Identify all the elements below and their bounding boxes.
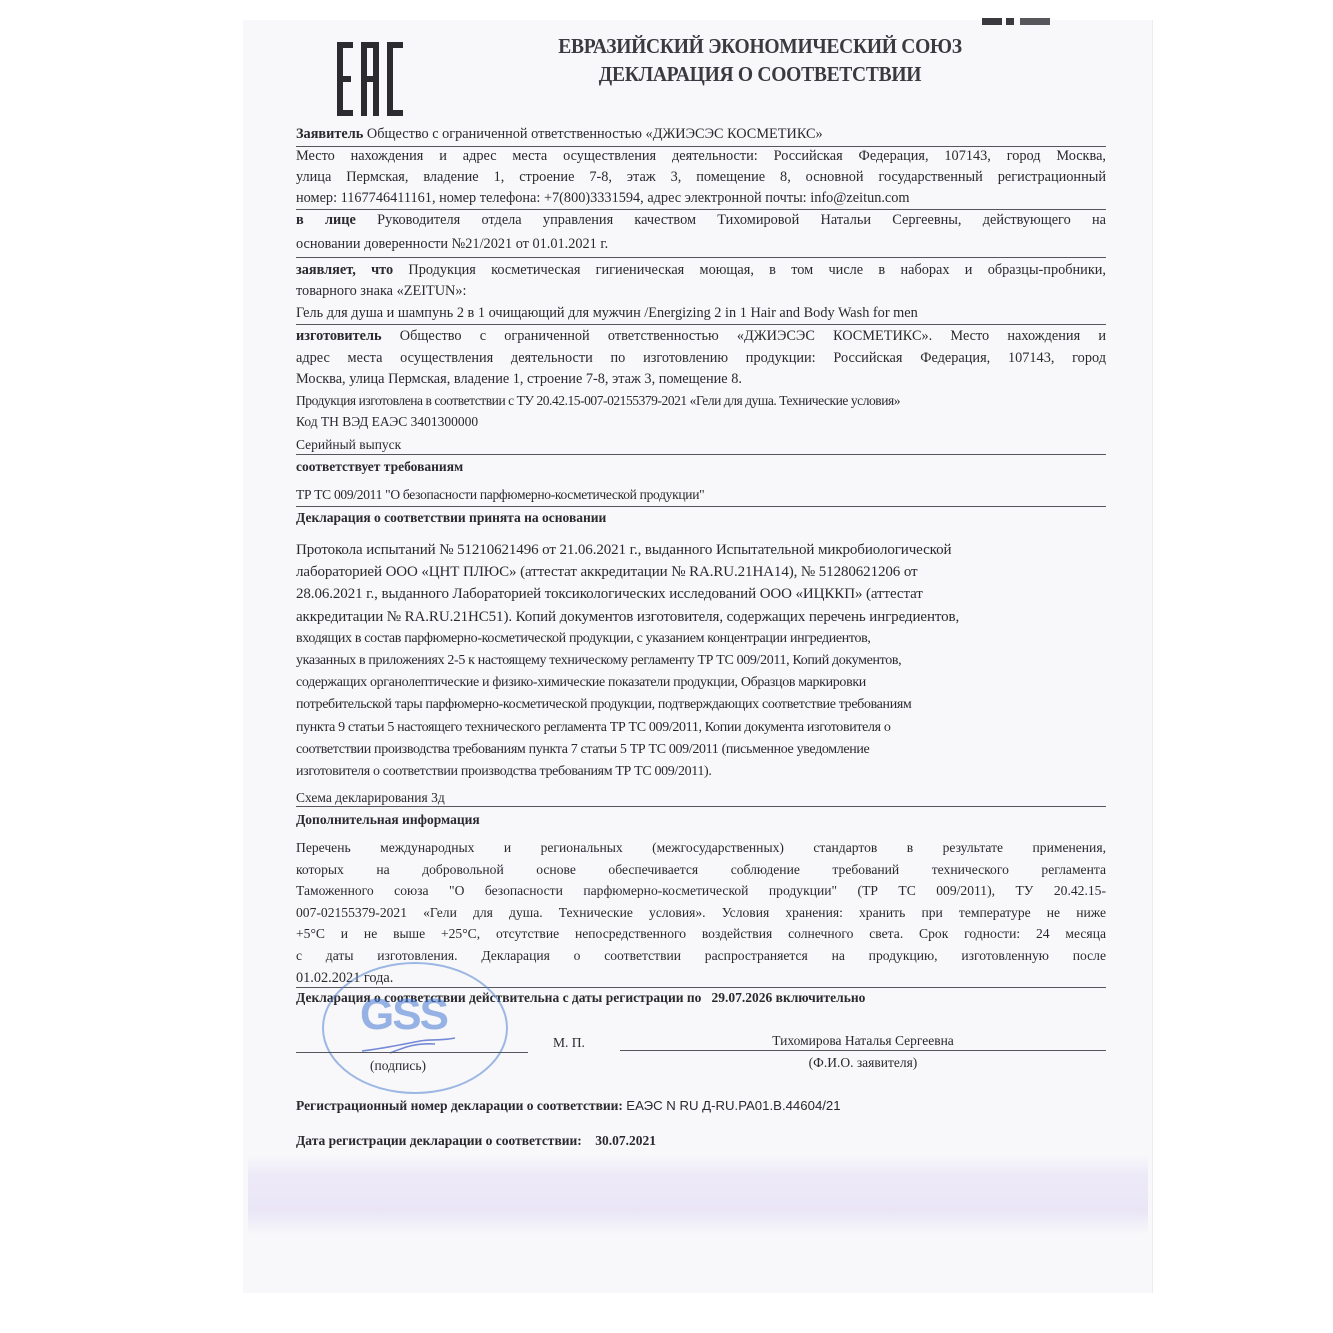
person-line-1: в лице Руководителя отдела управления ка…	[296, 212, 1106, 229]
faded-bleed-through	[248, 1155, 1148, 1235]
basis-line: лабораторией ООО «ЦНТ ПЛЮС» (аттестат ак…	[296, 564, 1106, 581]
person-text: Руководителя отдела управления качеством…	[356, 212, 1106, 228]
basis-line: Протокола испытаний № 51210621496 от 21.…	[296, 542, 1106, 559]
registration-number-line: Регистрационный номер декларации о соотв…	[296, 1098, 1106, 1114]
manufacturer-label: изготовитель	[296, 328, 382, 344]
applicant-label: Заявитель	[296, 126, 363, 142]
registration-number-label: Регистрационный номер декларации о соотв…	[296, 1098, 623, 1113]
basis-line: потребительской тары парфюмерно-косметич…	[296, 697, 1106, 713]
declares-text: Продукция косметическая гигиеническая мо…	[393, 262, 1106, 278]
basis-line: соответствии производства требованиям пу…	[296, 742, 1106, 758]
validity-suffix: включительно	[776, 990, 866, 1005]
divider	[296, 454, 1106, 455]
basis-line: содержащих органолептические и физико-хи…	[296, 675, 1106, 691]
hs-code: Код ТН ВЭД ЕАЭС 3401300000	[296, 414, 1106, 430]
basis-line: входящих в состав парфюмерно-косметическ…	[296, 631, 1106, 647]
applicant-name: Общество с ограниченной ответственностью…	[363, 126, 822, 142]
release-type: Серийный выпуск	[296, 437, 1106, 453]
applicant-address-1: Место нахождения и адрес места осуществл…	[296, 148, 1106, 165]
divider	[296, 209, 1106, 210]
basis-line: указанных в приложениях 2-5 к настоящему…	[296, 653, 1106, 669]
signature-line	[296, 1052, 528, 1053]
person-label: в лице	[296, 212, 356, 228]
divider	[296, 324, 1106, 325]
registration-number: ЕАЭС N RU Д-RU.PA01.B.44604/21	[626, 1098, 840, 1113]
registration-date-line: Дата регистрации декларации о соответств…	[296, 1133, 1106, 1149]
regulation-text: ТР ТС 009/2011 "О безопасности парфюмерн…	[296, 487, 1106, 503]
basis-line: 28.06.2021 г., выданного Лабораторией то…	[296, 586, 1106, 603]
basis-line: пункта 9 статьи 5 настоящего техническог…	[296, 720, 1106, 736]
manufacturer-line-3: Москва, улица Пермская, владение 1, стро…	[296, 371, 1106, 388]
basis-line: аккредитации № RA.RU.21НС51). Копий доку…	[296, 609, 1106, 626]
divider	[296, 506, 1106, 507]
manufacturer-text: Общество с ограниченной ответственностью…	[382, 328, 1106, 344]
divider	[296, 257, 1106, 258]
registration-date-label: Дата регистрации декларации о соответств…	[296, 1133, 582, 1148]
divider	[296, 806, 1106, 807]
additional-line: 007-02155379-2021 «Гели для душа. Технич…	[296, 905, 1106, 921]
signer-name: Тихомирова Наталья Сергеевна	[620, 1033, 1106, 1049]
manufacturer-line-1: изготовитель Общество с ограниченной отв…	[296, 328, 1106, 345]
mp-label: М. П.	[553, 1035, 613, 1051]
declares-label: заявляет, что	[296, 262, 393, 278]
additional-label: Дополнительная информация	[296, 812, 1106, 828]
additional-line: Перечень международных и региональных (м…	[296, 840, 1106, 856]
applicant-address-2: улица Пермская, владение 1, строение 7-8…	[296, 169, 1106, 186]
declaration-scheme: Схема декларирования 3д	[296, 790, 1106, 806]
declares-line-1: заявляет, что Продукция косметическая ги…	[296, 262, 1106, 279]
product-name: Гель для душа и шампунь 2 в 1 очищающий …	[296, 305, 1106, 322]
corner-mark	[982, 18, 1052, 25]
registration-date: 30.07.2021	[595, 1133, 656, 1148]
signature-caption: (подпись)	[370, 1058, 470, 1074]
manufacturer-line-2: адрес места осуществления деятельности п…	[296, 350, 1106, 367]
additional-line: Таможенного союза "О безопасности парфюм…	[296, 883, 1106, 899]
union-title: ЕВРАЗИЙСКИЙ ЭКОНОМИЧЕСКИЙ СОЮЗ	[481, 34, 1039, 59]
stamp-logo-text: GSS	[360, 990, 447, 1040]
additional-line: +5°С и не выше +25°С, отсутствие непосре…	[296, 926, 1106, 942]
applicant-address-3: номер: 1167746411161, номер телефона: +7…	[296, 190, 1106, 207]
declares-line-2: товарного знака «ZEITUN»:	[296, 283, 1106, 300]
person-line-2: основании доверенности №21/2021 от 01.01…	[296, 236, 1106, 253]
conformity-label: соответствует требованиям	[296, 459, 1106, 475]
eac-logo	[337, 42, 403, 116]
divider	[296, 146, 1106, 147]
declaration-title: ДЕКЛАРАЦИЯ О СООТВЕТСТВИИ	[481, 62, 1039, 87]
basis-label: Декларация о соответствии принята на осн…	[296, 510, 1106, 526]
name-caption: (Ф.И.О. заявителя)	[620, 1055, 1106, 1071]
name-line	[620, 1050, 1106, 1051]
applicant-line: Заявитель Общество с ограниченной ответс…	[296, 126, 1106, 143]
additional-line: которых на добровольной основе обеспечив…	[296, 862, 1106, 878]
basis-line: изготовителя о соответствии производства…	[296, 764, 1106, 780]
manufacturer-spec: Продукция изготовлена в соответствии с Т…	[296, 393, 1106, 409]
validity-date: 29.07.2026	[712, 990, 773, 1005]
